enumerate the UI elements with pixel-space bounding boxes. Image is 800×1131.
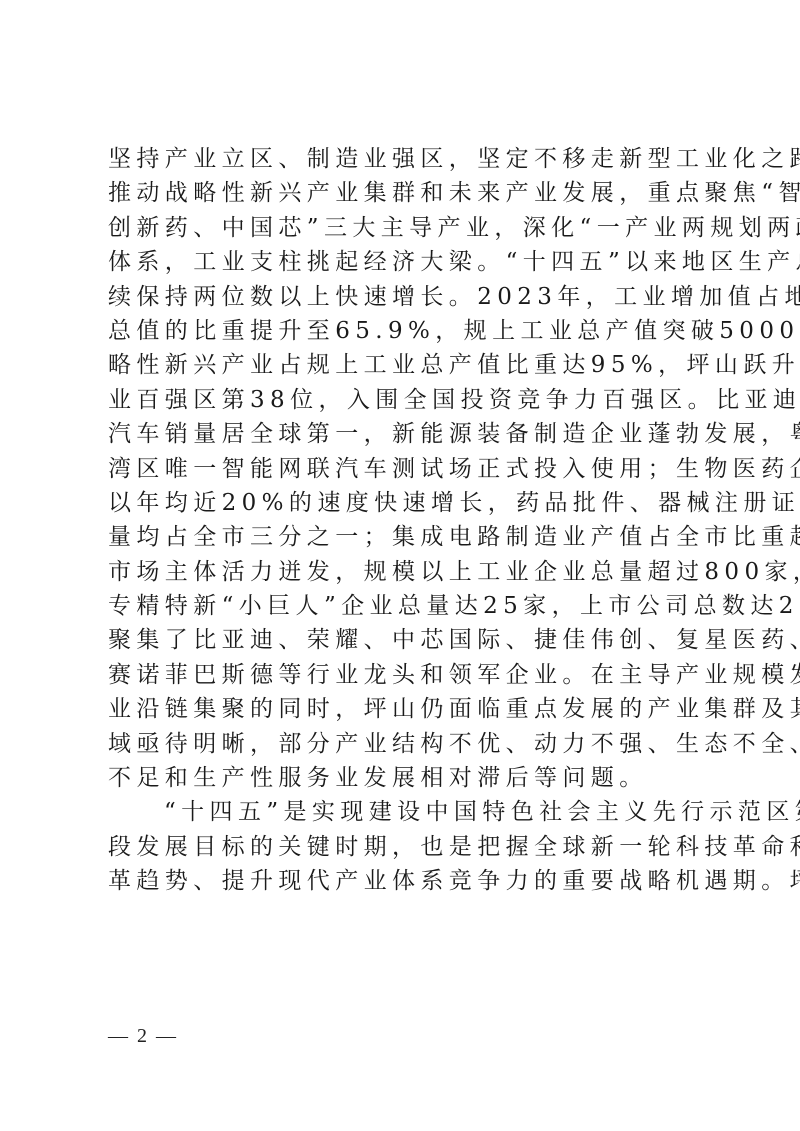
text-line: 段发展目标的关键时期，也是把握全球新一轮科技革命和产业变: [108, 830, 698, 864]
text-line: 革趋势、提升现代产业体系竞争力的重要战略机遇期。坪山当前: [108, 864, 698, 898]
paragraph-1: 坚持产业立区、制造业强区，坚定不移走新型工业化之路，大力 推动战略性新兴产业集群…: [108, 142, 698, 795]
text-line: 总值的比重提升至65.9%，规上工业总产值突破5000亿元，战: [108, 314, 698, 348]
text-line: 域亟待明晰，部分产业结构不优、动力不强、生态不全、竞争力: [108, 727, 698, 761]
text-line: 湾区唯一智能网联汽车测试场正式投入使用；生物医药企业数量: [108, 452, 698, 486]
text-line: 坚持产业立区、制造业强区，坚定不移走新型工业化之路，大力: [108, 142, 698, 176]
body-text: 坚持产业立区、制造业强区，坚定不移走新型工业化之路，大力 推动战略性新兴产业集群…: [108, 142, 698, 899]
text-line: 业百强区第38位，入围全国投资竞争力百强区。比亚迪新能源: [108, 383, 698, 417]
text-line: 创新药、中国芯”三大主导产业，深化“一产业两规划两政策”: [108, 211, 698, 245]
text-line: 不足和生产性服务业发展相对滞后等问题。: [108, 761, 698, 795]
document-page: 坚持产业立区、制造业强区，坚定不移走新型工业化之路，大力 推动战略性新兴产业集群…: [0, 0, 800, 1131]
paragraph-2: “十四五”是实现建设中国特色社会主义先行示范区第一阶 段发展目标的关键时期，也是…: [108, 795, 698, 898]
text-line: 体系，工业支柱挑起经济大梁。“十四五”以来地区生产总值持: [108, 245, 698, 279]
text-line: 略性新兴产业占规上工业总产值比重达95%，坪山跃升至中国工: [108, 348, 698, 382]
text-line: 推动战略性新兴产业集群和未来产业发展，重点聚焦“智能车、: [108, 176, 698, 210]
text-line: 量均占全市三分之一；集成电路制造业产值占全市比重超60%。: [108, 520, 698, 554]
text-line: 聚集了比亚迪、荣耀、中芯国际、捷佳伟创、复星医药、新产业、: [108, 623, 698, 657]
text-line: 以年均近20%的速度快速增长，药品批件、器械注册证和企业数: [108, 486, 698, 520]
text-line: “十四五”是实现建设中国特色社会主义先行示范区第一阶: [108, 795, 698, 829]
text-line: 专精特新“小巨人”企业总量达25家，上市公司总数达21家，: [108, 589, 698, 623]
page-number: — 2 —: [108, 1023, 178, 1049]
text-line: 汽车销量居全球第一，新能源装备制造企业蓬勃发展，粤港澳大: [108, 417, 698, 451]
text-line: 市场主体活力迸发，规模以上工业企业总量超过800家，国家级: [108, 555, 698, 589]
text-line: 赛诺菲巴斯德等行业龙头和领军企业。在主导产业规模发展、企: [108, 658, 698, 692]
text-line: 续保持两位数以上快速增长。2023年，工业增加值占地区生产: [108, 280, 698, 314]
text-line: 业沿链集聚的同时，坪山仍面临重点发展的产业集群及其细分领: [108, 692, 698, 726]
